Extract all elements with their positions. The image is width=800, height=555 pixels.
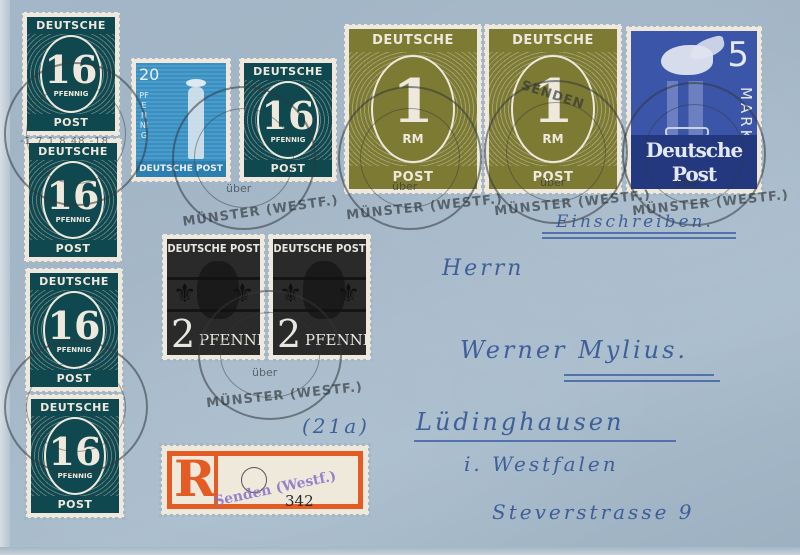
stamp-20-pfennig-sower: 20 PFENNIG DEUTSCHE POST [131,58,231,182]
envelope-left-edge [0,0,10,555]
stamp-1-reichsmark: DEUTSCHE 1RM POST [484,24,622,194]
stamp-5-mark-dove: 5 MARK Deutsche Post [626,26,762,194]
stamp-16-pfennig: DEUTSCHE 16PFENNIG POST [26,394,124,518]
posthorn-icon: ⚜ [279,279,302,309]
service-notation: Einschreiben. [556,212,714,232]
registration-number: 342 [285,492,314,510]
posthorn-icon: ⚜ [337,279,360,309]
address-street: Steverstrasse 9 [492,500,695,524]
stamp-1-reichsmark: DEUTSCHE 1RM POST [344,24,482,194]
address-salutation: Herrn [442,256,524,281]
stamp-16-pfennig: DEUTSCHE 16PFENNIG POST [22,12,120,136]
stamp-16-pfennig: DEUTSCHE 16PFENNIG POST [25,268,123,392]
sower-hat [186,79,206,87]
dove-icon [661,45,713,75]
stamp-16-pfennig: DEUTSCHE 16PFENNIG POST [24,138,122,262]
posthorn-icon: ⚜ [231,279,254,309]
address-postal-zone: (21a) [302,414,370,438]
sower-figure [188,87,204,159]
posthorn-icon: ⚜ [173,279,196,309]
registration-letter: R [174,453,218,505]
registration-label: R Senden (Westf.) 342 [161,445,369,515]
envelope-bottom-edge [0,547,800,555]
stamp-16-pfennig: DEUTSCHE 16PFENNIG POST [239,58,337,182]
address-region: i. Westfalen [464,452,619,476]
address-name: Werner Mylius. [460,336,688,364]
stamp-2-pfennig-overprint: DEUTSCHE POST ⚜ ⚜ 2 PFENNIG [162,234,265,360]
address-city: Lüdinghausen [416,408,624,436]
stamp-2-pfennig-overprint: DEUTSCHE POST ⚜ ⚜ 2 PFENNIG [268,234,371,360]
